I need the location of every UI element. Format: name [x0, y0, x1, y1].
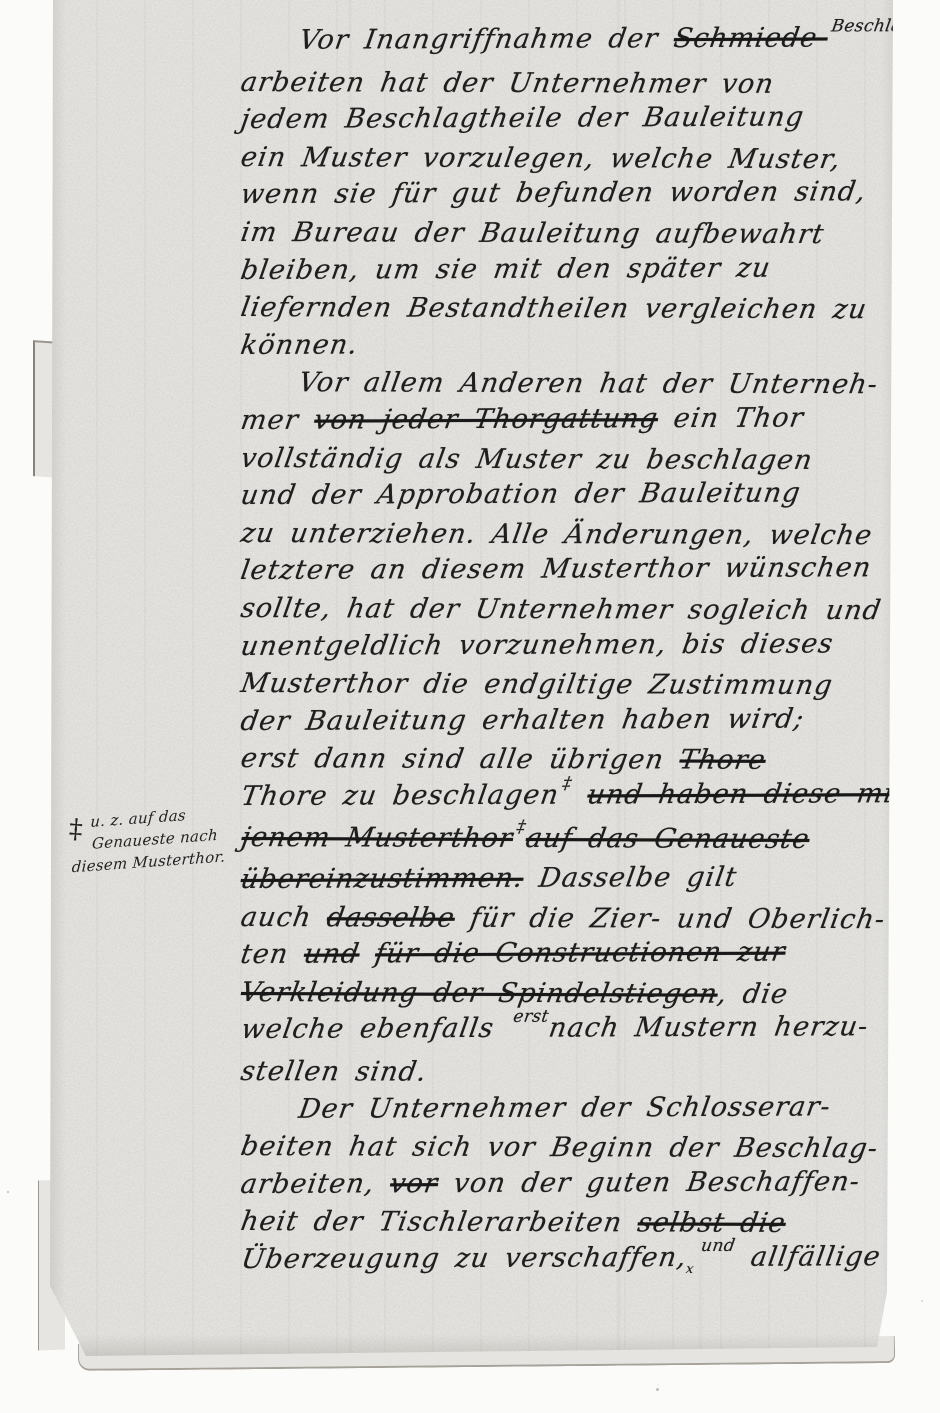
struck-word: und — [302, 939, 362, 970]
manuscript-line: sollte, hat der Unternehmer sogleich und — [238, 590, 940, 630]
manuscript-line: und der Approbation der Bauleitung — [238, 474, 940, 515]
manuscript-line: liefernden Bestandtheilen vergleichen zu — [238, 289, 940, 329]
word-segment: unentgeldlich vorzunehmen, bis dieses — [239, 628, 836, 662]
word-segment: Der Unternehmer der Schlosserar- — [297, 1091, 834, 1124]
word-segment: und der Approbation der Bauleitung — [239, 478, 804, 511]
manuscript-line: Vor Inangriffnahme der Schmiede-Beschlag… — [238, 19, 940, 64]
word-segment: heit der Tischlerarbeiten — [239, 1206, 641, 1238]
word-segment: von der guten Beschaffen- — [436, 1166, 863, 1199]
scanner-background: ‡ u. z. auf das Genaueste nach diesem Mu… — [0, 0, 940, 1413]
word-segment: der Bauleitung erhalten haben wird; — [239, 703, 807, 736]
manuscript-page: ‡ u. z. auf das Genaueste nach diesem Mu… — [50, 0, 893, 1356]
struck-word: Schmiede- — [672, 22, 830, 54]
word-segment: allfällige — [733, 1241, 883, 1273]
marginal-annotation: ‡ u. z. auf das Genaueste nach diesem Mu… — [68, 800, 252, 878]
dust-speck — [921, 1300, 923, 1302]
struck-word: auf das Genaueste — [524, 823, 813, 855]
manuscript-line: Überzeugung zu verschaffen,xund allfälli… — [238, 1238, 940, 1284]
word-segment: zu unterziehen. Alle Änderungen, welche — [239, 518, 875, 551]
word-segment: für die Zier- und Oberlich- — [452, 902, 887, 935]
manuscript-line: ten und für die Constructionen zur — [238, 933, 940, 974]
dust-speck — [7, 1191, 9, 1193]
word-segment: Vor Inangriffnahme der — [297, 23, 676, 56]
manuscript-line: Der Unternehmer der Schlosserar- — [238, 1088, 940, 1129]
manuscript-line: wenn sie für gut befunden worden sind, — [238, 173, 940, 214]
word-segment: jedem Beschlagtheile der Bauleitung — [239, 102, 807, 135]
word-segment: welche ebenfalls — [239, 1013, 512, 1045]
manuscript-line: beiten hat sich vor Beginn der Beschlag- — [238, 1128, 940, 1168]
inserted-word: und — [700, 1236, 737, 1256]
manuscript-line: Musterthor die endgiltige Zustimmung — [238, 665, 940, 705]
word-segment: Thore zu beschlagen — [239, 779, 561, 811]
manuscript-line: können. — [238, 324, 940, 365]
word-segment: ein Thor — [656, 402, 807, 434]
manuscript-line: mer von jeder Thorgattung ein Thor — [238, 399, 940, 440]
word-segment: Musterthor die endgiltige Zustimmung — [239, 668, 836, 701]
manuscript-line: letztere an diesem Musterthor wünschen — [238, 549, 940, 590]
word-segment: , die — [715, 979, 791, 1010]
word-segment: arbeiten, — [239, 1168, 393, 1200]
struck-word: Thore — [677, 745, 768, 776]
struck-word: jenem Musterthor — [239, 822, 515, 854]
word-segment: beiten hat sich vor Beginn der Beschlag- — [239, 1131, 881, 1164]
manuscript-text: Vor Inangriffnahme der Schmiede-Beschlag… — [238, 22, 938, 1284]
manuscript-line: welche ebenfalls erstnach Mustern herzu- — [238, 1008, 940, 1053]
word-segment: erst dann sind alle übrigen — [239, 743, 683, 776]
struck-word: Verkleidung der Spindelstiegen — [239, 977, 721, 1010]
word-segment: im Bureau der Bauleitung aufbewahrt — [239, 217, 827, 250]
word-segment: ein Muster vorzulegen, welche Muster, — [239, 142, 844, 175]
word-segment: sollte, hat der Unternehmer sogleich und — [239, 593, 884, 626]
word-segment: auch — [239, 902, 330, 933]
manuscript-line: jedem Beschlagtheile der Bauleitung — [238, 98, 940, 139]
manuscript-line: Vor allem Anderen hat der Unterneh- — [238, 364, 940, 404]
marginal-note-text: u. z. auf das Genaueste nach diesem Must… — [68, 800, 252, 878]
inserted-word: Beschlags- — [830, 16, 930, 36]
word-segment: nach Mustern herzu- — [547, 1012, 871, 1044]
manuscript-line: unentgeldlich vorzunehmen, bis dieses — [238, 624, 940, 665]
struck-word: dasselbe — [325, 902, 458, 933]
word-segment: wenn sie für gut befunden worden sind, — [239, 177, 869, 211]
manuscript-line: jenem Musterthor‡auf das Genaueste — [238, 819, 940, 863]
struck-word: selbst die — [635, 1208, 788, 1240]
struck-word: von jeder Thorgattung — [312, 403, 660, 435]
word-segment: Überzeugung zu verschaffen, — [239, 1242, 689, 1275]
struck-word: vor — [388, 1168, 441, 1199]
word-segment: liefernden Bestandtheilen vergleichen zu — [239, 292, 870, 325]
word-segment: mer — [239, 405, 317, 436]
manuscript-line: erst dann sind alle übrigen Thore — [238, 740, 940, 780]
inserted-word: erst — [512, 1007, 550, 1027]
word-segment: Vor allem Anderen hat der Unterneh- — [297, 368, 881, 401]
insertion-caret: x — [685, 1262, 696, 1277]
struck-word: und haben diese mit — [585, 778, 908, 810]
word-segment: können. — [239, 329, 361, 361]
word-segment: bleiben, um sie mit den später zu — [239, 252, 773, 285]
manuscript-line: Thore zu beschlagen‡ und haben diese mit — [238, 775, 940, 820]
word-segment: arbeiten hat der Unternehmer von — [239, 67, 777, 100]
struck-word: für die Constructionen zur — [373, 937, 788, 970]
word-segment: vollständig als Muster zu beschlagen — [239, 443, 816, 476]
manuscript-line: im Bureau der Bauleitung aufbewahrt — [238, 214, 940, 254]
dust-speck — [656, 1388, 659, 1391]
manuscript-line: übereinzustimmen. Dasselbe gilt — [238, 858, 940, 899]
word-segment: Dasselbe gilt — [521, 862, 739, 894]
manuscript-line: bleiben, um sie mit den später zu — [238, 249, 940, 290]
manuscript-line: der Bauleitung erhalten haben wird; — [238, 700, 940, 741]
manuscript-line: arbeiten, vor von der guten Beschaffen- — [238, 1163, 940, 1204]
struck-word: übereinzustimmen. — [239, 863, 526, 895]
word-segment: stellen sind. — [239, 1056, 430, 1088]
manuscript-line: stellen sind. — [238, 1053, 940, 1093]
word-segment: letztere an diesem Musterthor wünschen — [239, 553, 874, 587]
word-segment: ten — [239, 939, 307, 970]
